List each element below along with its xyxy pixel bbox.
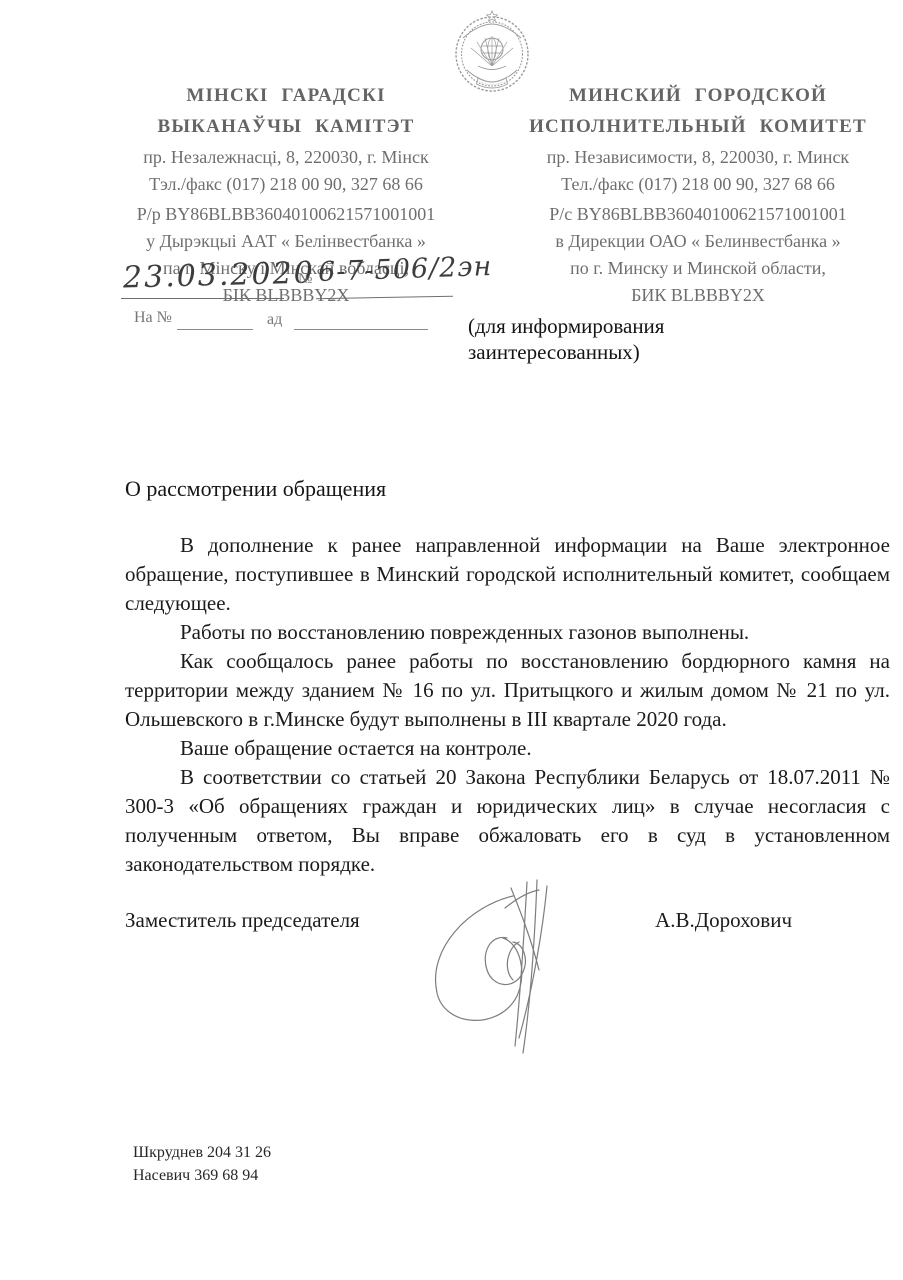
org-bank2-ru: по г. Минску и Минской области, bbox=[502, 257, 894, 280]
reply-date-blank bbox=[294, 329, 428, 330]
executors-block: Шкруднев 204 31 26 Насевич 369 68 94 bbox=[133, 1141, 271, 1187]
org-account-ru: Р/с BY86BLBB36040100621571001001 bbox=[502, 203, 894, 226]
handwritten-signature bbox=[415, 878, 600, 1063]
signer-name: А.В.Дорохович bbox=[655, 908, 890, 933]
recipient-note-line1: (для информирования bbox=[468, 313, 664, 339]
org-title-ru-line1: МИНСКИЙ ГОРОДСКОЙ bbox=[502, 80, 894, 111]
org-phone-ru: Тел./факс (017) 218 00 90, 327 68 66 bbox=[502, 173, 894, 196]
signer-position: Заместитель председателя bbox=[125, 908, 360, 933]
org-title-ru-line2: ИСПОЛНИТЕЛЬНЫЙ КОМИТЕТ bbox=[502, 111, 894, 142]
org-title-by-line2: ВЫКАНАЎЧЫ КАМІТЭТ bbox=[112, 111, 460, 142]
org-title-by-line1: МІНСКІ ГАРАДСКІ bbox=[112, 80, 460, 111]
reply-to-label: На № bbox=[134, 309, 172, 327]
org-bank1-by: у Дырэкцыі ААТ « Белінвестбанка » bbox=[112, 230, 460, 253]
handwritten-outgoing-number: 6-7-506/2эн bbox=[318, 251, 493, 288]
letter-paragraph: Как сообщалось ранее работы по восстанов… bbox=[125, 647, 890, 734]
recipient-note-line2: заинтересованных) bbox=[468, 339, 664, 365]
scanned-letter-page: МІНСКІ ГАРАДСКІ ВЫКАНАЎЧЫ КАМІТЭТ пр. Не… bbox=[0, 0, 903, 1280]
org-address-by: пр. Незалежнасці, 8, 220030, г. Мінск bbox=[112, 146, 460, 169]
org-bik-ru: БИК BLBBBY2X bbox=[502, 284, 894, 307]
reply-number-blank bbox=[177, 329, 253, 330]
number-sign-label: № bbox=[298, 271, 312, 288]
handwritten-date: 23.03.2020 bbox=[123, 255, 316, 295]
letter-paragraph: Работы по восстановлению поврежденных га… bbox=[125, 618, 890, 647]
letter-body: В дополнение к ранее направленной информ… bbox=[125, 531, 890, 879]
letter-paragraph: В дополнение к ранее направленной информ… bbox=[125, 531, 890, 618]
org-address-ru: пр. Независимости, 8, 220030, г. Минск bbox=[502, 146, 894, 169]
letter-paragraph: Ваше обращение остается на контроле. bbox=[125, 734, 890, 763]
org-bank1-ru: в Дирекции ОАО « Белинвестбанка » bbox=[502, 230, 894, 253]
letter-subject: О рассмотрении обращения bbox=[125, 476, 386, 502]
executor-contact: Насевич 369 68 94 bbox=[133, 1164, 271, 1187]
letter-paragraph: В соответствии со статьей 20 Закона Респ… bbox=[125, 763, 890, 879]
date-underline bbox=[121, 298, 284, 299]
org-phone-by: Тэл./факс (017) 218 00 90, 327 68 66 bbox=[112, 173, 460, 196]
letterhead-russian: МИНСКИЙ ГОРОДСКОЙ ИСПОЛНИТЕЛЬНЫЙ КОМИТЕТ… bbox=[502, 80, 894, 307]
reply-from-label: ад bbox=[267, 311, 282, 329]
org-account-by: Р/р BY86BLBB36040100621571001001 bbox=[112, 203, 460, 226]
recipient-note: (для информирования заинтересованных) bbox=[468, 313, 664, 365]
executor-contact: Шкруднев 204 31 26 bbox=[133, 1141, 271, 1164]
